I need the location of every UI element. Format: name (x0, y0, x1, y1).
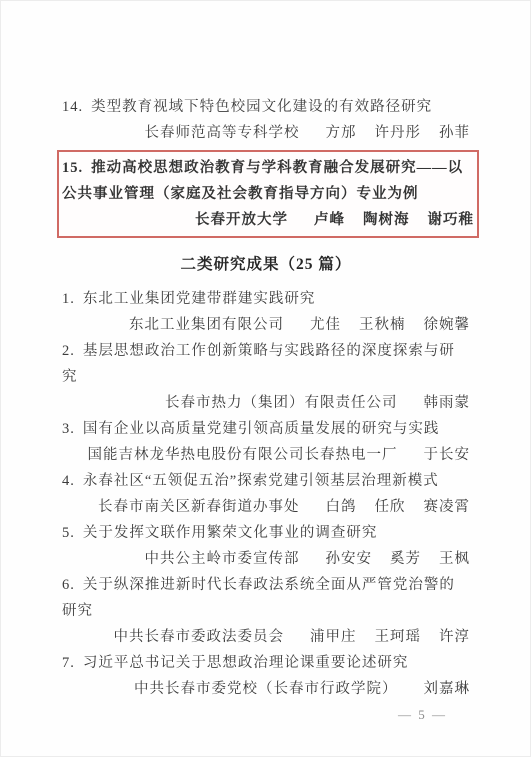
item-author: 尤佳 (310, 312, 341, 338)
item-organization: 东北工业集团有限公司 (129, 312, 284, 338)
item-byline: 东北工业集团有限公司尤佳王秋楠徐婉馨 (62, 312, 470, 338)
page-number: — 5 — (62, 702, 470, 728)
item-number: 14. (62, 99, 83, 115)
item-author: 孙菲 (439, 120, 470, 146)
item-title-text: 国有企业以高质量党建引领高质量发展的研究与实践 (83, 421, 440, 437)
item-number: 2. (62, 343, 75, 359)
item-byline: 中共公主岭市委宣传部孙安安奚芳王枫 (62, 546, 470, 572)
results-section-category-one-tail: 14.类型教育视域下特色校园文化建设的有效路径研究长春师范高等专科学校方邡许丹彤… (62, 94, 470, 238)
item-byline: 长春师范高等专科学校方邡许丹彤孙菲 (62, 120, 470, 146)
item-author: 任欣 (375, 494, 406, 520)
item-author: 卢峰 (314, 207, 345, 233)
item-title-text: 永春社区“五领促五治”探索党建引领基层治理新模式 (83, 473, 439, 489)
item-title: 3.国有企业以高质量党建引领高质量发展的研究与实践 (62, 416, 470, 442)
item-author: 陶树海 (363, 207, 410, 233)
item-author: 徐婉馨 (424, 312, 471, 338)
research-item: 14.类型教育视域下特色校园文化建设的有效路径研究长春师范高等专科学校方邡许丹彤… (62, 94, 470, 146)
item-title: 6.关于纵深推进新时代长春政法系统全面从严管党治警的研究 (62, 572, 470, 624)
item-byline: 中共长春市委政法委员会浦甲庄王珂瑶许淳 (62, 624, 470, 650)
item-author: 许丹彤 (375, 120, 422, 146)
item-title: 14.类型教育视域下特色校园文化建设的有效路径研究 (62, 94, 470, 120)
document-content: 14.类型教育视域下特色校园文化建设的有效路径研究长春师范高等专科学校方邡许丹彤… (0, 0, 531, 728)
item-organization: 中共长春市委政法委员会 (114, 624, 285, 650)
item-organization: 国能吉林龙华热电股份有限公司长春热电一厂 (88, 442, 398, 468)
item-title-text: 关于发挥文联作用繁荣文化事业的调查研究 (83, 525, 378, 541)
section-heading: 二类研究成果（25 篇） (62, 252, 470, 278)
research-item: 2.基层思想政治工作创新策略与实践路径的深度探索与研究长春市热力（集团）有限责任… (62, 338, 470, 416)
item-title: 7.习近平总书记关于思想政治理论课重要论述研究 (62, 650, 470, 676)
item-author: 奚芳 (390, 546, 421, 572)
item-byline: 长春市热力（集团）有限责任公司韩雨蒙 (62, 390, 470, 416)
item-author: 白鸽 (326, 494, 357, 520)
item-number: 6. (62, 577, 75, 593)
item-author: 刘嘉琳 (424, 676, 471, 702)
item-byline: 长春开放大学卢峰陶树海谢巧稚 (62, 207, 474, 233)
item-number: 7. (62, 655, 75, 671)
item-number: 3. (62, 421, 75, 437)
document-body: 14.类型教育视域下特色校园文化建设的有效路径研究长春师范高等专科学校方邡许丹彤… (62, 94, 470, 702)
research-item: 4.永春社区“五领促五治”探索党建引领基层治理新模式长春市南关区新春街道办事处白… (62, 468, 470, 520)
item-author: 谢巧稚 (428, 207, 475, 233)
research-item: 6.关于纵深推进新时代长春政法系统全面从严管党治警的研究中共长春市委政法委员会浦… (62, 572, 470, 650)
item-organization: 长春市热力（集团）有限责任公司 (165, 390, 398, 416)
item-organization: 长春开放大学 (195, 207, 288, 233)
item-author: 浦甲庄 (310, 624, 357, 650)
item-title: 1.东北工业集团党建带群建实践研究 (62, 286, 470, 312)
item-author: 王珂瑶 (375, 624, 422, 650)
item-author: 方邡 (326, 120, 357, 146)
item-author: 于长安 (424, 442, 471, 468)
item-author: 孙安安 (326, 546, 373, 572)
item-number: 1. (62, 291, 75, 307)
item-organization: 长春市南关区新春街道办事处 (98, 494, 300, 520)
research-item: 3.国有企业以高质量党建引领高质量发展的研究与实践国能吉林龙华热电股份有限公司长… (62, 416, 470, 468)
item-author: 许淳 (439, 624, 470, 650)
item-title-text: 推动高校思想政治教育与学科教育融合发展研究——以公共事业管理（家庭及社会教育指导… (62, 160, 463, 202)
item-title-text: 类型教育视域下特色校园文化建设的有效路径研究 (91, 99, 432, 115)
item-byline: 中共长春市委党校（长春市行政学院）刘嘉琳 (62, 676, 470, 702)
item-byline: 长春市南关区新春街道办事处白鸽任欣赛凌霄 (62, 494, 470, 520)
document-page: 14.类型教育视域下特色校园文化建设的有效路径研究长春师范高等专科学校方邡许丹彤… (0, 0, 531, 757)
item-organization: 长春师范高等专科学校 (145, 120, 300, 146)
research-item: 5.关于发挥文联作用繁荣文化事业的调查研究中共公主岭市委宣传部孙安安奚芳王枫 (62, 520, 470, 572)
item-byline: 国能吉林龙华热电股份有限公司长春热电一厂于长安 (62, 442, 470, 468)
item-title: 4.永春社区“五领促五治”探索党建引领基层治理新模式 (62, 468, 470, 494)
item-title-text: 基层思想政治工作创新策略与实践路径的深度探索与研究 (62, 343, 455, 385)
item-title: 15.推动高校思想政治教育与学科教育融合发展研究——以公共事业管理（家庭及社会教… (62, 155, 474, 207)
research-item: 7.习近平总书记关于思想政治理论课重要论述研究中共长春市委党校（长春市行政学院）… (62, 650, 470, 702)
item-title-text: 东北工业集团党建带群建实践研究 (83, 291, 316, 307)
item-author: 王枫 (439, 546, 470, 572)
item-number: 4. (62, 473, 75, 489)
item-organization: 中共公主岭市委宣传部 (145, 546, 300, 572)
item-author: 赛凌霄 (424, 494, 471, 520)
item-number: 5. (62, 525, 75, 541)
item-number: 15. (62, 160, 83, 176)
item-organization: 中共长春市委党校（长春市行政学院） (134, 676, 398, 702)
item-title-text: 习近平总书记关于思想政治理论课重要论述研究 (83, 655, 409, 671)
item-title: 5.关于发挥文联作用繁荣文化事业的调查研究 (62, 520, 470, 546)
research-item-highlighted: 15.推动高校思想政治教育与学科教育融合发展研究——以公共事业管理（家庭及社会教… (57, 150, 479, 238)
item-author: 王秋楠 (359, 312, 406, 338)
item-title-text: 关于纵深推进新时代长春政法系统全面从严管党治警的研究 (62, 577, 455, 619)
results-section-category-two: 二类研究成果（25 篇）1.东北工业集团党建带群建实践研究东北工业集团有限公司尤… (62, 252, 470, 702)
research-item: 1.东北工业集团党建带群建实践研究东北工业集团有限公司尤佳王秋楠徐婉馨 (62, 286, 470, 338)
item-author: 韩雨蒙 (424, 390, 471, 416)
item-title: 2.基层思想政治工作创新策略与实践路径的深度探索与研究 (62, 338, 470, 390)
